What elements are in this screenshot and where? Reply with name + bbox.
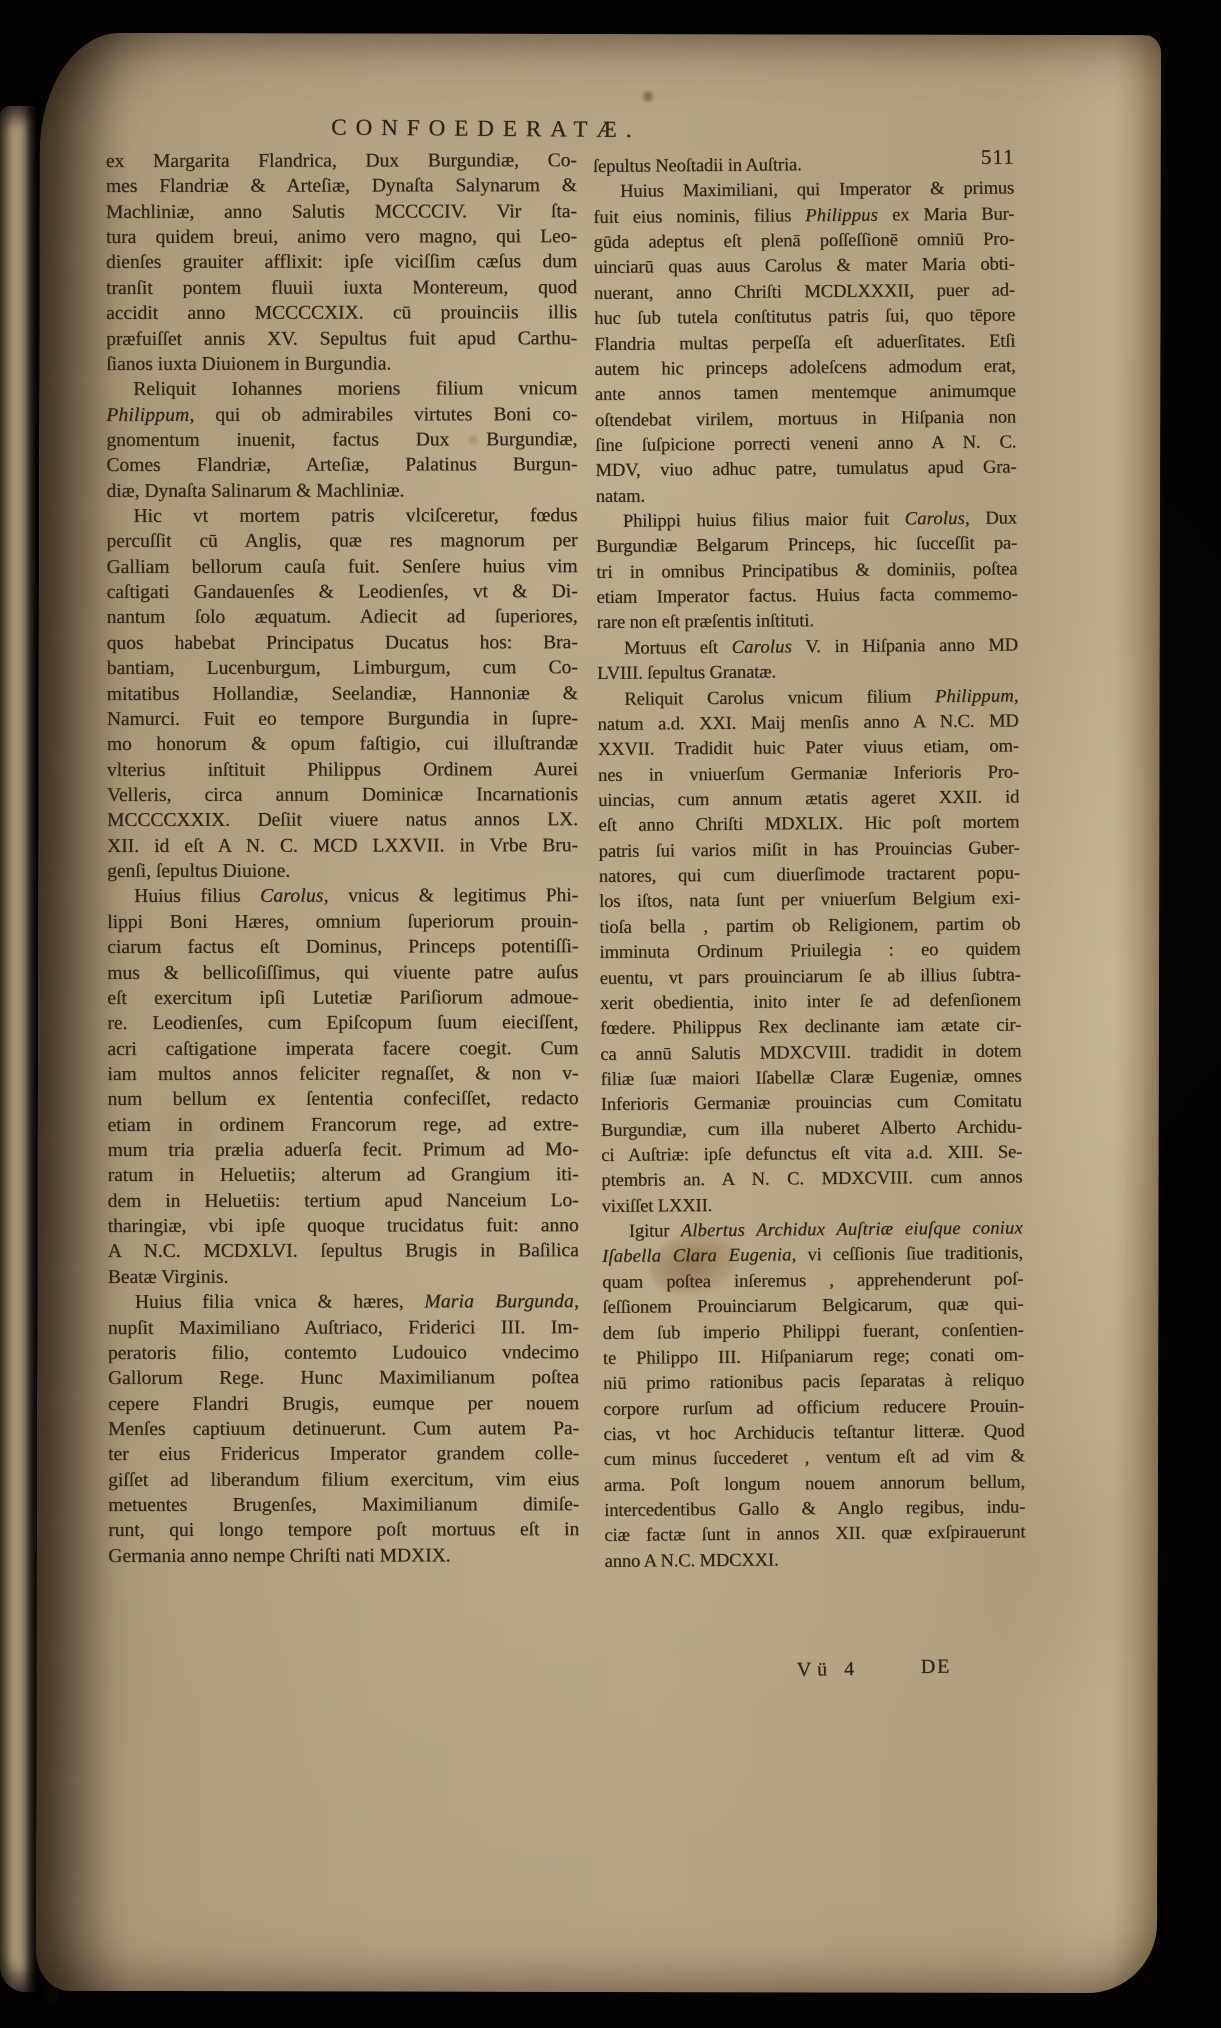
text-line: diæ, Dynaſta Salinarum & Machliniæ. <box>106 478 577 504</box>
text-line: metuentes Brugenſes, Maximilianum dimiſe… <box>108 1492 579 1518</box>
roman-text: uincias, cum annum ætatis ageret XXII. i… <box>598 787 1019 811</box>
roman-text: etiam in ordinem Francorum rege, ad extr… <box>107 1114 578 1136</box>
italic-text: Maria Burgunda <box>424 1291 574 1312</box>
text-line: oſtendebat virilem, mortuus in Hiſpania … <box>595 405 1016 434</box>
text-line: ter eius Fridericus Imperator grandem co… <box>108 1441 579 1467</box>
roman-text: autem hic princeps adoleſcens admodum er… <box>595 356 1016 380</box>
roman-text: XXVII. Tradidit huic Pater viuus etiam, … <box>598 737 1019 761</box>
text-line: re. Leodienſes, cum Epiſcopum ſuum eieci… <box>107 1010 578 1036</box>
roman-text: cum minus ſuccederet , ventum eſt ad vim… <box>604 1447 1025 1471</box>
roman-text: fuit eius nominis, filius <box>593 206 805 228</box>
text-line: ex Margarita Flandrica, Dux Burgundiæ, C… <box>106 148 577 174</box>
roman-text: , Dux <box>965 508 1017 528</box>
roman-text: cepere Flandri Brugis, eumque per nouem <box>108 1393 579 1415</box>
roman-text: giſſet ad liberandum filium exercitum, v… <box>108 1469 579 1491</box>
roman-text: tranſit pontem fluuii iuxta Montereum, q… <box>106 277 577 299</box>
roman-text: Hic vt mortem patris vlciſceretur, fœdus <box>133 505 577 527</box>
roman-text: genſi, ſepultus Diuione. <box>107 861 290 882</box>
roman-text: uinciarū quas auus Carolus & mater Maria… <box>594 255 1015 279</box>
roman-text: filiæ ſuæ maiori Iſabellæ Claræ Eugeniæ,… <box>600 1066 1021 1090</box>
roman-text: , qui ob admirabiles virtutes Boni co- <box>189 404 577 426</box>
text-line: cias, vt hoc Archiducis teſtantur litter… <box>603 1419 1024 1448</box>
roman-text: nes in vniuerſum Germaniæ Inferioris Pro… <box>598 762 1019 786</box>
text-line: Hic vt mortem patris vlciſceretur, fœdus <box>106 503 577 529</box>
italic-text: Carolus <box>905 509 966 530</box>
paragraph: Huius filia vnica & hæres, Maria Burgund… <box>108 1289 579 1569</box>
roman-text: los iſtos, nata ſunt per vniuerſum Belgi… <box>599 889 1020 913</box>
roman-text: Reliquit Carolus vnicum filium <box>624 687 935 710</box>
roman-text: dem ſub imperio Philippi fuerant, conſen… <box>603 1320 1024 1344</box>
roman-text: xerit obedientia, inito inter ſe ad defe… <box>600 990 1021 1014</box>
text-line: Iſabella Clara Eugenia, vi ceſſionis ſiu… <box>602 1242 1023 1271</box>
roman-text: nantum ſolo æquatum. Adiecit ad ſuperior… <box>107 607 578 629</box>
text-line: Reliquit Carolus vnicum filium Philippum… <box>597 684 1018 713</box>
text-line: dem ſub imperio Philippi fuerant, conſen… <box>603 1318 1024 1347</box>
roman-text: LVIII. ſepultus Granatæ. <box>597 663 776 684</box>
text-line: etiam Imperator factus. Huius facta comm… <box>596 583 1017 612</box>
roman-text: MCCCCXXIX. Deſiit viuere natus annos LX. <box>107 809 578 831</box>
text-line: percuſſit cū Anglis, quæ res magnorum pe… <box>106 529 577 555</box>
text-line: runt, qui longo tempore poſt mortuus eſt… <box>108 1518 579 1544</box>
roman-text: Beatæ Virginis. <box>108 1267 229 1288</box>
roman-text: fœdere. Philippus Rex declinante iam æta… <box>600 1016 1021 1040</box>
text-line: ca annū Salutis MDXCVIII. tradidit in do… <box>600 1039 1021 1068</box>
text-line: Machliniæ, anno Salutis MCCCCIV. Vir ſta… <box>106 199 577 225</box>
text-line: etiam in ordinem Francorum rege, ad extr… <box>107 1112 578 1138</box>
paper-speck <box>640 89 656 104</box>
text-line: los iſtos, nata ſunt per vniuerſum Belgi… <box>599 887 1020 916</box>
text-line: LVIII. ſepultus Granatæ. <box>597 659 1018 688</box>
text-line: gnomentum inuenit, factus Dux Burgundiæ, <box>106 427 577 453</box>
text-line: quam poſtea inſeremus , apprehenderunt p… <box>602 1267 1023 1296</box>
text-line: natum a.d. XXI. Maij menſis anno A N.C. … <box>597 709 1018 738</box>
roman-text: eſt anno Chriſti MDXLIX. Hic poſt mortem <box>598 813 1019 837</box>
roman-text: nupſit Maximiliano Auſtriaco, Friderici … <box>108 1317 579 1339</box>
text-line: eſt anno Chriſti MDXLIX. Hic poſt mortem <box>598 811 1019 840</box>
roman-text: tura quidem breui, animo vero magno, qui… <box>106 226 577 248</box>
paragraph: Reliquit Iohannes moriens filium vnicumP… <box>106 376 577 504</box>
roman-text: acri caſtigatione imperata facere coegit… <box>107 1038 578 1060</box>
running-header-title: CONFOEDERATÆ. <box>246 114 726 144</box>
text-line: præfuiſſet annis XV. Sepultus fuit apud … <box>106 326 577 352</box>
roman-text: ter eius Fridericus Imperator grandem co… <box>108 1443 579 1465</box>
text-line: mum tria prælia aduerſa fecit. Primum ad… <box>108 1137 579 1163</box>
text-line: Igitur Albertus Archidux Auſtriæ eiuſque… <box>602 1217 1023 1246</box>
text-line: anno A N.C. MDCXXI. <box>604 1546 1025 1575</box>
text-line: imminuta Ordinum Priuilegia : eo quidem <box>599 938 1020 967</box>
text-line: mes Flandriæ & Arteſiæ, Dynaſta Salynaru… <box>106 174 577 200</box>
text-line: Philippi huius filius maior fuit Carolus… <box>596 506 1017 535</box>
text-line: eſt exercitum ipſi Lutetiæ Pariſiorum ad… <box>107 985 578 1011</box>
text-line: te Philippo III. Hiſpaniarum rege; conat… <box>603 1343 1024 1372</box>
text-line: Comes Flandriæ, Arteſiæ, Palatinus Burgu… <box>106 452 577 478</box>
roman-text: huc ſub tutela conſtitutus patris ſui, q… <box>594 306 1015 330</box>
roman-text: imminuta Ordinum Priuilegia : eo quidem <box>599 940 1020 964</box>
text-line: Reliquit Iohannes moriens filium vnicum <box>106 376 577 402</box>
text-line: arma. Poſt longum nouem annorum bellum, <box>604 1470 1025 1499</box>
text-line: Germania anno nempe Chriſti nati MDXIX. <box>108 1543 579 1569</box>
roman-text: tioſa bella , partim ob Religionem, part… <box>599 914 1020 938</box>
roman-text: Namurci. Fuit eo tempore Burgundia in ſu… <box>107 708 578 730</box>
text-line: nuerant, anno Chriſti MCDLXXXII, puer ad… <box>594 278 1015 307</box>
text-column-left: ex Margarita Flandrica, Dux Burgundiæ, C… <box>106 148 579 1569</box>
roman-text: dienſes grauiter afflixit: ipſe viciſſim… <box>106 252 577 274</box>
text-line: natam. <box>596 481 1017 510</box>
text-line: natores, qui cum diuerſimode tractarent … <box>599 861 1020 890</box>
text-line: genſi, ſepultus Diuione. <box>107 858 578 884</box>
roman-text: vixiſſet LXXII. <box>602 1196 713 1217</box>
text-line: Galliam bellorum cauſa fuit. Senſere hui… <box>107 554 578 580</box>
roman-text: , <box>1014 686 1019 706</box>
roman-text: metuentes Brugenſes, Maximilianum dimiſe… <box>108 1494 579 1516</box>
text-line: tioſa bella , partim ob Religionem, part… <box>599 912 1020 941</box>
roman-text: Machliniæ, anno Salutis MCCCCIV. Vir ſta… <box>106 201 577 223</box>
roman-text: Burgundiæ Belgarum Princeps, hic ſucceſſ… <box>596 534 1017 558</box>
text-line: tharingiæ, vbi ipſe quoque trucidatus fu… <box>108 1213 579 1239</box>
italic-text: Philippus <box>805 205 878 226</box>
roman-text: oſtendebat virilem, mortuus in Hiſpania … <box>595 407 1016 431</box>
roman-text: tri in omnibus Principatibus & dominiis,… <box>596 559 1017 583</box>
roman-text: Germania anno nempe Chriſti nati MDXIX. <box>108 1545 450 1567</box>
paragraph: Philippi huius filius maior fuit Carolus… <box>596 506 1018 636</box>
roman-text: nuerant, anno Chriſti MCDLXXXII, puer ad… <box>594 280 1015 304</box>
roman-text: ratum in Heluetiis; alterum ad Grangium … <box>108 1165 579 1187</box>
roman-text: quam poſtea inſeremus , apprehenderunt p… <box>602 1269 1023 1293</box>
text-line: huc ſub tutela conſtitutus patris ſui, q… <box>594 304 1015 333</box>
text-line: ſeſſionem Prouinciarum Belgicarum, quæ q… <box>602 1293 1023 1322</box>
text-line: ciæ factæ ſunt in annos XII. quæ exſpira… <box>604 1521 1025 1550</box>
roman-text: re. Leodienſes, cum Epiſcopum ſuum eieci… <box>107 1012 578 1034</box>
book-scan: CONFOEDERATÆ. 511 ex Margarita Flandrica… <box>0 0 1221 2028</box>
text-line: lippi Boni Hæres, omnium ſuperiorum prou… <box>107 909 578 935</box>
text-line: caſtigati Gandauenſes & Leodienſes, vt &… <box>107 579 578 605</box>
paragraph: ſepultus Neoſtadii in Auſtria. <box>593 151 1014 180</box>
roman-text: euentu, vt pars prouinciarum ſe ab illiu… <box>600 965 1021 989</box>
text-line: xerit obedientia, inito inter ſe ad defe… <box>600 988 1021 1017</box>
text-line: fuit eius nominis, filius Philippus ex M… <box>593 202 1014 231</box>
roman-text: rare non eſt præſentis inſtituti. <box>597 612 814 634</box>
text-line: Flandria multas perpeſſa eſt aduerſitate… <box>594 329 1015 358</box>
text-line: ciarum factus eſt Dominus, Princeps pote… <box>107 934 578 960</box>
roman-text: mes Flandriæ & Arteſiæ, Dynaſta Salynaru… <box>106 176 577 198</box>
roman-text: ante annos tamen mentemque animumque <box>595 382 1016 406</box>
text-line: Philippum, qui ob admirabiles virtutes B… <box>106 402 577 428</box>
italic-text: Albertus Archidux Auſtriæ eiuſque coniux <box>681 1219 1023 1242</box>
roman-text: XII. id eſt A N. C. MCD LXXVII. in Vrbe … <box>107 835 578 857</box>
roman-text: quos habebat Principatus Ducatus hos: Br… <box>107 632 578 654</box>
roman-text: mitatibus Hollandiæ, Seelandiæ, Hannoniæ… <box>107 683 578 705</box>
text-line: XII. id eſt A N. C. MCD LXXVII. in Vrbe … <box>107 833 578 859</box>
text-line: nes in vniuerſum Germaniæ Inferioris Pro… <box>598 760 1019 789</box>
roman-text: intercedentibus Gallo & Anglo regibus, i… <box>604 1497 1025 1521</box>
text-line: gūda adeptus eſt plenā poſſeſſionē omniū… <box>593 228 1014 257</box>
text-line: ſine ſuſpicione porrecti veneni anno A N… <box>595 430 1016 459</box>
text-line: MCCCCXXIX. Deſiit viuere natus annos LX. <box>107 807 578 833</box>
text-line: Huius filia vnica & hæres, Maria Burgund… <box>108 1289 579 1315</box>
text-line: patris ſui varios miſit in has Prouincia… <box>599 836 1020 865</box>
text-line: iam multos annos feliciter regnaſſet, & … <box>107 1061 578 1087</box>
roman-text: peratoris filio, contemto Ludouico vndec… <box>108 1342 579 1364</box>
text-line: ptembris an. A N. C. MDXCVIII. cum annos <box>601 1166 1022 1195</box>
roman-text: cias, vt hoc Archiducis teſtantur litter… <box>603 1421 1024 1445</box>
roman-text: A N.C. MCDXLVI. ſepultus Brugis in Baſil… <box>108 1241 579 1263</box>
text-line: Huius filius Carolus, vnicus & legitimus… <box>107 884 578 910</box>
roman-text: Mortuus eſt <box>624 638 732 659</box>
roman-text: natam. <box>596 486 645 506</box>
roman-text: caſtigati Gandauenſes & Leodienſes, vt &… <box>107 581 578 603</box>
roman-text: ci Auſtriæ: ipſe defunctus eſt vita a.d.… <box>601 1142 1022 1166</box>
roman-text: , vi ceſſionis ſiue traditionis, <box>792 1244 1024 1266</box>
roman-text: mo honorum & opum faſtigio, cui illuſtra… <box>107 733 578 755</box>
book-page: CONFOEDERATÆ. 511 ex Margarita Flandrica… <box>36 33 1161 1993</box>
roman-text: gnomentum inuenit, factus Dux Burgundiæ, <box>106 429 577 451</box>
text-line: filiæ ſuæ maiori Iſabellæ Claræ Eugeniæ,… <box>600 1064 1021 1093</box>
roman-text: percuſſit cū Anglis, quæ res magnorum pe… <box>106 531 577 553</box>
text-line: intercedentibus Gallo & Anglo regibus, i… <box>604 1495 1025 1524</box>
text-line: tri in omnibus Principatibus & dominiis,… <box>596 557 1017 586</box>
text-line: A N.C. MCDXLVI. ſepultus Brugis in Baſil… <box>108 1239 579 1265</box>
text-line: accidit anno MCCCCXIX. cū prouinciis ill… <box>106 300 577 326</box>
roman-text: corpore rurſum ad officium reducere Prou… <box>603 1396 1024 1420</box>
roman-text: niū primo rationibus pacis ſeparatas à r… <box>603 1371 1024 1395</box>
text-line: uinciarū quas auus Carolus & mater Maria… <box>594 253 1015 282</box>
roman-text: anno A N.C. MDCXXI. <box>604 1550 778 1571</box>
roman-text: bantiam, Lucenburgum, Limburgum, cum Co- <box>107 657 578 679</box>
text-line: fœdere. Philippus Rex declinante iam æta… <box>600 1014 1021 1043</box>
text-line: dienſes grauiter afflixit: ipſe viciſſim… <box>106 250 577 276</box>
paragraph: ex Margarita Flandrica, Dux Burgundiæ, C… <box>106 148 577 377</box>
text-line: vixiſſet LXXII. <box>602 1191 1023 1220</box>
roman-text: mus & bellicoſiſſimus, qui viuente patre… <box>107 962 578 984</box>
text-line: acri caſtigatione imperata facere coegit… <box>107 1036 578 1062</box>
text-line: num bellum ex ſententia confeciſſet, red… <box>107 1086 578 1112</box>
text-line: ci Auſtriæ: ipſe defunctus eſt vita a.d.… <box>601 1140 1022 1169</box>
paragraph: Huius filius Carolus, vnicus & legitimus… <box>107 884 579 1291</box>
text-line: vlterius inſtituit Philippus Ordinem Aur… <box>107 757 578 783</box>
text-line: cepere Flandri Brugis, eumque per nouem <box>108 1391 579 1417</box>
roman-text: Huius Maximiliani, qui Imperator & primu… <box>620 179 1014 202</box>
text-line: Inferioris Germaniæ prouincias cum Comit… <box>601 1090 1022 1119</box>
paragraph: Reliquit Carolus vnicum filium Philippum… <box>597 684 1022 1220</box>
roman-text: dem in Heluetiis: tertium apud Nanceium … <box>108 1190 579 1212</box>
roman-text: te Philippo III. Hiſpaniarum rege; conat… <box>603 1345 1024 1369</box>
roman-text: vlterius inſtituit Philippus Ordinem Aur… <box>107 759 578 781</box>
roman-text: ex Maria Bur- <box>878 204 1015 225</box>
roman-text: Igitur <box>629 1221 681 1241</box>
roman-text: ciæ factæ ſunt in annos XII. quæ exſpira… <box>604 1523 1025 1547</box>
catchword: DE <box>920 1656 951 1679</box>
italic-text: Philippum <box>935 686 1014 707</box>
text-line: quos habebat Principatus Ducatus hos: Br… <box>107 630 578 656</box>
text-line: mitatibus Hollandiæ, Seelandiæ, Hannoniæ… <box>107 681 578 707</box>
roman-text: MDV, viuo adhuc patre, tumulatus apud Gr… <box>595 458 1016 482</box>
paragraph: Igitur Albertus Archidux Auſtriæ eiuſque… <box>602 1217 1026 1576</box>
text-line: mo honorum & opum faſtigio, cui illuſtra… <box>107 731 578 757</box>
roman-text: V. in Hiſpania anno MD <box>792 635 1018 657</box>
text-line: uincias, cum annum ætatis ageret XXII. i… <box>598 785 1019 814</box>
roman-text: Velleris, circa annum Dominicæ Incarnati… <box>107 784 578 806</box>
text-line: niū primo rationibus pacis ſeparatas à r… <box>603 1369 1024 1398</box>
roman-text: ex Margarita Flandrica, Dux Burgundiæ, C… <box>106 150 577 172</box>
text-line: Gallorum Rege. Hunc Maximilianum poſtea <box>108 1365 579 1391</box>
text-line: Burgundiæ, cum illa nuberet Alberto Arch… <box>601 1115 1022 1144</box>
roman-text: iam multos annos feliciter regnaſſet, & … <box>107 1063 578 1085</box>
italic-text: Philippum <box>106 404 189 425</box>
text-line: Namurci. Fuit eo tempore Burgundia in ſu… <box>107 706 578 732</box>
text-line: ante annos tamen mentemque animumque <box>595 380 1016 409</box>
text-line: Velleris, circa annum Dominicæ Incarnati… <box>107 782 578 808</box>
text-line: corpore rurſum ad officium reducere Prou… <box>603 1394 1024 1423</box>
roman-text: ſepultus Neoſtadii in Auſtria. <box>593 155 802 177</box>
roman-text: mum tria prælia aduerſa fecit. Primum ad… <box>108 1139 579 1161</box>
italic-text: Carolus <box>732 637 793 658</box>
text-line: ratum in Heluetiis; alterum ad Grangium … <box>108 1163 579 1189</box>
roman-text: , <box>574 1291 579 1312</box>
roman-text: , vnicus & legitimus Phi- <box>324 886 579 907</box>
roman-text: diæ, Dynaſta Salinarum & Machliniæ. <box>106 480 404 502</box>
text-line: rare non eſt præſentis inſtituti. <box>597 608 1018 637</box>
roman-text: ſianos iuxta Diuionem in Burgundia. <box>106 353 391 374</box>
text-line: MDV, viuo adhuc patre, tumulatus apud Gr… <box>595 456 1016 485</box>
roman-text: runt, qui longo tempore poſt mortuus eſt… <box>108 1520 579 1542</box>
roman-text: patris ſui varios miſit in has Prouincia… <box>599 838 1020 862</box>
roman-text: Galliam bellorum cauſa fuit. Senſere hui… <box>107 556 578 578</box>
text-line: autem hic princeps adoleſcens admodum er… <box>594 354 1015 383</box>
roman-text: eſt exercitum ipſi Lutetiæ Pariſiorum ad… <box>107 987 578 1009</box>
roman-text: accidit anno MCCCCXIX. cū prouinciis ill… <box>106 302 577 324</box>
roman-text: tharingiæ, vbi ipſe quoque trucidatus fu… <box>108 1215 579 1237</box>
roman-text: ſine ſuſpicione porrecti veneni anno A N… <box>595 432 1016 456</box>
text-line: nantum ſolo æquatum. Adiecit ad ſuperior… <box>107 605 578 631</box>
roman-text: natores, qui cum diuerſimode tractarent … <box>599 863 1020 887</box>
roman-text: Huius filius <box>134 886 260 907</box>
signature-mark: Vü 4 <box>796 1658 860 1682</box>
paragraph: Mortuus eſt Carolus V. in Hiſpania anno … <box>597 633 1018 687</box>
roman-text: ciarum factus eſt Dominus, Princeps pote… <box>107 936 578 958</box>
text-line: Beatæ Virginis. <box>108 1264 579 1290</box>
paragraph: Hic vt mortem patris vlciſceretur, fœdus… <box>106 503 578 884</box>
roman-text: Comes Flandriæ, Arteſiæ, Palatinus Burgu… <box>106 454 577 476</box>
text-line: Mortuus eſt Carolus V. in Hiſpania anno … <box>597 633 1018 662</box>
text-line: tranſit pontem fluuii iuxta Montereum, q… <box>106 275 577 301</box>
text-line: Menſes captiuum detinuerunt. Cum autem P… <box>108 1416 579 1442</box>
roman-text: ptembris an. A N. C. MDXCVIII. cum annos <box>601 1168 1022 1192</box>
text-line: ſianos iuxta Diuionem in Burgundia. <box>106 351 577 377</box>
text-line: XXVII. Tradidit huic Pater viuus etiam, … <box>598 735 1019 764</box>
roman-text: natum a.d. XXI. Maij menſis anno A N.C. … <box>597 711 1018 735</box>
roman-text: Philippi huius filius maior fuit <box>623 509 905 531</box>
text-line: peratoris filio, contemto Ludouico vndec… <box>108 1340 579 1366</box>
roman-text: Gallorum Rege. Hunc Maximilianum poſtea <box>108 1367 579 1389</box>
text-line: bantiam, Lucenburgum, Limburgum, cum Co- <box>107 655 578 681</box>
text-line: nupſit Maximiliano Auſtriaco, Friderici … <box>108 1315 579 1341</box>
roman-text: gūda adeptus eſt plenā poſſeſſionē omniū… <box>593 230 1014 254</box>
roman-text: ca annū Salutis MDXCVIII. tradidit in do… <box>600 1041 1021 1065</box>
text-line: Huius Maximiliani, qui Imperator & primu… <box>593 177 1014 206</box>
text-line: giſſet ad liberandum filium exercitum, v… <box>108 1467 579 1493</box>
roman-text: num bellum ex ſententia confeciſſet, red… <box>107 1088 578 1110</box>
roman-text: ſeſſionem Prouinciarum Belgicarum, quæ q… <box>602 1295 1023 1319</box>
roman-text: etiam Imperator factus. Huius facta comm… <box>596 585 1017 609</box>
paragraph: Huius Maximiliani, qui Imperator & primu… <box>593 177 1017 510</box>
roman-text: arma. Poſt longum nouem annorum bellum, <box>604 1472 1025 1496</box>
roman-text: Reliquit Iohannes moriens filium vnicum <box>133 378 577 400</box>
roman-text: Inferioris Germaniæ prouincias cum Comit… <box>601 1092 1022 1116</box>
text-line: mus & bellicoſiſſimus, qui viuente patre… <box>107 960 578 986</box>
text-column-right: ſepultus Neoſtadii in Auſtria.Huius Maxi… <box>593 151 1026 1575</box>
italic-text: Iſabella Clara Eugenia <box>602 1246 792 1268</box>
roman-text: lippi Boni Hæres, omnium ſuperiorum prou… <box>107 911 578 933</box>
text-line: euentu, vt pars prouinciarum ſe ab illiu… <box>600 963 1021 992</box>
roman-text: Huius filia vnica & hæres, <box>135 1292 425 1314</box>
roman-text: Flandria multas perpeſſa eſt aduerſitate… <box>594 331 1015 355</box>
text-line: ſepultus Neoſtadii in Auſtria. <box>593 151 1014 180</box>
text-line: dem in Heluetiis: tertium apud Nanceium … <box>108 1188 579 1214</box>
text-line: Burgundiæ Belgarum Princeps, hic ſucceſſ… <box>596 532 1017 561</box>
text-line: tura quidem breui, animo vero magno, qui… <box>106 224 577 250</box>
italic-text: Carolus <box>260 886 324 907</box>
roman-text: Menſes captiuum detinuerunt. Cum autem P… <box>108 1418 579 1440</box>
roman-text: Burgundiæ, cum illa nuberet Alberto Arch… <box>601 1117 1022 1141</box>
text-line: cum minus ſuccederet , ventum eſt ad vim… <box>604 1445 1025 1474</box>
roman-text: præfuiſſet annis XV. Sepultus fuit apud … <box>106 328 577 350</box>
